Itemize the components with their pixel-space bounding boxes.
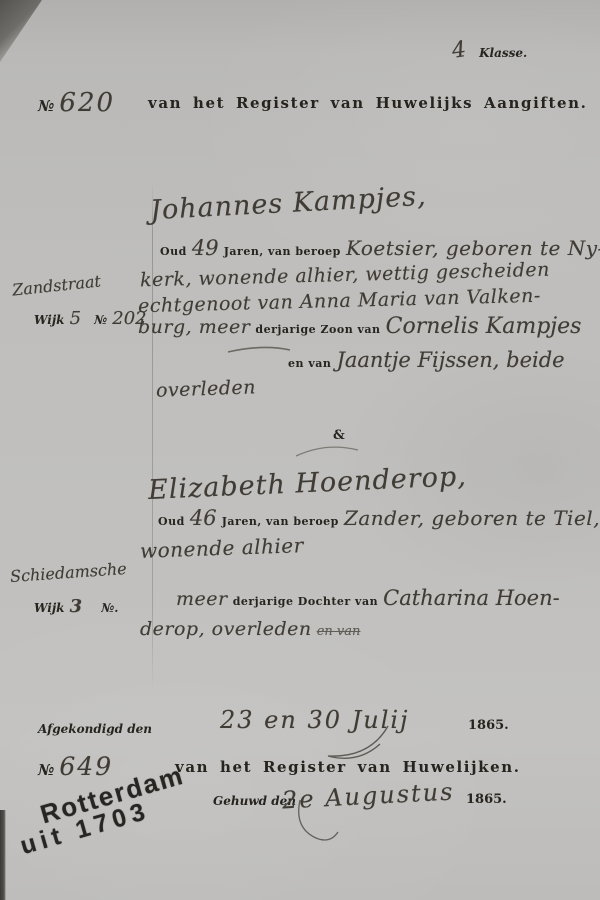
bride-age: 46 xyxy=(190,506,217,530)
marriage-no-value: 649 xyxy=(59,752,113,781)
groom-beroep: Koetsier, geboren te Ny- xyxy=(346,236,600,260)
ampersand: & xyxy=(333,428,345,443)
proclamation-year: 1865. xyxy=(468,718,509,733)
marriage-no-label: № xyxy=(38,761,54,779)
klasse-value: 4 xyxy=(450,37,467,64)
marriage-number: № 649 xyxy=(38,752,113,781)
groom-wijk-line: Wijk 5 № 202 xyxy=(34,308,147,329)
page-edge-shadow xyxy=(0,810,6,900)
fold-line xyxy=(152,183,153,691)
bride-line-wonende: wonende alhier xyxy=(140,533,304,563)
bride-wijk-line: Wijk 3 №. xyxy=(34,596,118,617)
bride-derop-line: derop, overleden en van xyxy=(140,618,360,640)
bride-struck-text: en van xyxy=(317,624,361,639)
groom-oud-label: Oud xyxy=(160,245,187,258)
proclamation-label: Afgekondigd den xyxy=(38,722,152,736)
groom-age: 49 xyxy=(192,236,219,260)
bride-no-label: №. xyxy=(101,601,118,615)
marriage-register-title: van het Register van Huwelijken. xyxy=(175,758,521,776)
marriage-year: 1865. xyxy=(466,792,507,807)
klasse-label: Klasse. xyxy=(479,46,527,60)
aangifte-register-title: van het Register van Huwelijks Aangiften… xyxy=(148,94,587,112)
groom-overleden: overleden xyxy=(156,376,257,401)
bride-age-line: Oud 46 Jaren, van beroep Zander, geboren… xyxy=(158,506,600,530)
groom-line-burg: burg, meer xyxy=(138,316,250,338)
groom-parents-line: burg, meer derjarige Zoon van Cornelis K… xyxy=(138,314,581,339)
bride-name: Elizabeth Hoenderop, xyxy=(147,461,467,506)
bride-parents-line: meer derjarige Dochter van Catharina Hoe… xyxy=(176,586,560,610)
groom-derjarige-label: derjarige Zoon van xyxy=(255,323,380,336)
bride-jaren-label: Jaren, van beroep xyxy=(222,515,339,528)
bride-line-derop: derop, overleden xyxy=(140,618,312,640)
bride-derjarige-label: derjarige Dochter van xyxy=(233,595,378,608)
marriage-date: 2e Augustus xyxy=(281,778,455,815)
aangifte-no-value: 620 xyxy=(59,88,115,118)
groom-name: Johannes Kampjes, xyxy=(149,181,427,226)
page-corner-shadow xyxy=(0,0,42,62)
groom-mother-line: en van Jaantje Fijssen, beide xyxy=(288,348,565,372)
groom-wijk-label: Wijk xyxy=(34,313,64,327)
groom-father: Cornelis Kampjes xyxy=(386,314,582,339)
bride-street: Schiedamsche xyxy=(9,559,127,586)
proclamation-dates: 23 en 30 Julij xyxy=(220,706,410,734)
klasse-line: 4 Klasse. xyxy=(452,38,527,63)
bride-oud-label: Oud xyxy=(158,515,185,528)
groom-mother: Jaantje Fijssen, beide xyxy=(336,348,564,372)
bride-mother: Catharina Hoen- xyxy=(383,586,560,610)
groom-street: Zandstraat xyxy=(11,271,101,299)
bride-wijk-label: Wijk xyxy=(34,601,64,615)
aangifte-number: № 620 xyxy=(38,88,115,118)
groom-no-value: 202 xyxy=(112,308,146,329)
bride-wijk-value: 3 xyxy=(70,596,83,617)
scanned-register-page: 4 Klasse. № 620 van het Register van Huw… xyxy=(0,0,600,900)
groom-age-line: Oud 49 Jaren, van beroep Koetsier, gebor… xyxy=(160,236,600,260)
groom-wijk-value: 5 xyxy=(70,308,81,329)
aangifte-no-label: № xyxy=(38,97,54,115)
groom-jaren-label: Jaren, van beroep xyxy=(224,245,341,258)
bride-beroep: Zander, geboren te Tiel, xyxy=(344,506,600,530)
bride-meer: meer xyxy=(176,588,228,610)
groom-en-van-label: en van xyxy=(288,357,331,370)
groom-no-label: № xyxy=(94,313,107,327)
